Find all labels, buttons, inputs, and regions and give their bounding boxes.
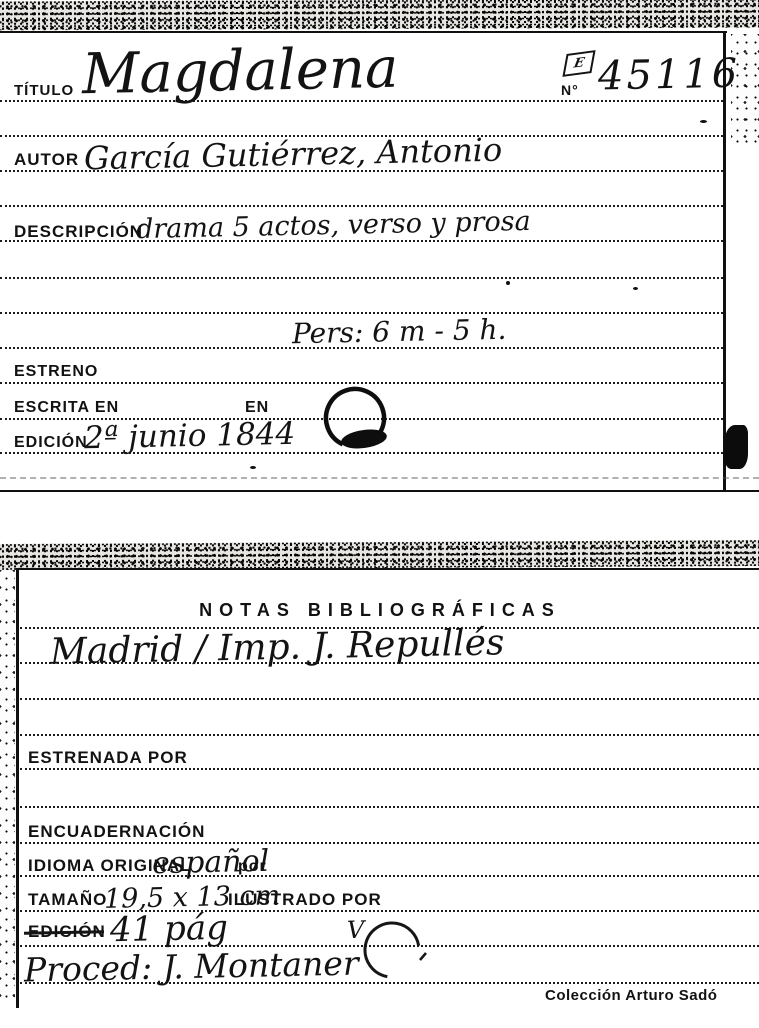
notas-bibliograficas-header: NOTAS BIBLIOGRÁFICAS bbox=[160, 600, 600, 621]
por-label: por bbox=[238, 858, 267, 876]
rule-line bbox=[20, 806, 759, 808]
procedencia-value: Proced: J. Montaner bbox=[24, 946, 359, 986]
numero-label: N° bbox=[561, 82, 579, 98]
autor-value: García Gutiérrez, Antonio bbox=[84, 134, 503, 175]
rule-line bbox=[0, 205, 723, 207]
rule-line bbox=[20, 734, 759, 736]
scan-speck bbox=[633, 287, 638, 290]
escrita-en-label: ESCRITA EN bbox=[14, 399, 119, 417]
punch-hole-icon bbox=[358, 918, 432, 988]
collection-credit: Colección Arturo Sadó bbox=[545, 987, 717, 1004]
descripcion-label: DESCRIPCIÓN bbox=[14, 222, 143, 242]
card2-left-border bbox=[16, 568, 19, 1008]
edicion-value: 2ª junio 1844 bbox=[84, 419, 296, 454]
scan-speck bbox=[700, 120, 707, 123]
edicion-label: EDICIÓN bbox=[14, 434, 88, 452]
notas-value: Madrid / Imp. J. Repullés bbox=[50, 625, 505, 671]
rule-line bbox=[0, 312, 723, 314]
paginas-value: 41 pág bbox=[110, 911, 229, 947]
scanned-catalog-card-page: TÍTULO Magdalena E N° 45116 AUTOR García… bbox=[0, 0, 759, 1028]
encuadernacion-label: ENCUADERNACIÓN bbox=[28, 822, 205, 842]
personajes-value: Pers: 6 m - 5 h. bbox=[292, 316, 507, 348]
card1-right-border bbox=[723, 31, 726, 491]
rule-line bbox=[20, 842, 759, 844]
card1-bottom-border bbox=[0, 490, 759, 492]
en-label: EN bbox=[245, 399, 269, 417]
card2-top-border bbox=[16, 568, 759, 570]
numero-value: 45116 bbox=[598, 54, 741, 97]
tamano-label: TAMAÑO bbox=[28, 890, 107, 910]
scan-noise-band-middle bbox=[0, 540, 759, 570]
scan-speck bbox=[250, 466, 256, 469]
card1-right-ink-blob bbox=[724, 425, 748, 469]
titulo-value: Magdalena bbox=[81, 41, 398, 104]
scan-noise-band-top bbox=[0, 0, 759, 30]
descripcion-value: drama 5 actos, verso y prosa bbox=[136, 208, 531, 243]
ilustrado-por-label: ILUSTRADO POR bbox=[228, 890, 382, 910]
titulo-label: TÍTULO bbox=[14, 82, 74, 99]
e-stamp-icon: E bbox=[562, 50, 595, 77]
rule-line bbox=[0, 277, 723, 279]
e-stamp-letter: E bbox=[572, 55, 585, 71]
faint-dashed-line bbox=[0, 477, 759, 479]
card1-top-border bbox=[0, 31, 727, 33]
scan-speck bbox=[506, 281, 510, 285]
rule-line bbox=[20, 768, 759, 770]
estrenada-por-label: ESTRENADA POR bbox=[28, 748, 188, 768]
card2-left-margin-noise bbox=[0, 570, 15, 1000]
rule-line bbox=[20, 698, 759, 700]
autor-label: AUTOR bbox=[14, 150, 79, 170]
estreno-label: ESTRENO bbox=[14, 363, 98, 381]
punch-hole-icon bbox=[314, 384, 398, 456]
